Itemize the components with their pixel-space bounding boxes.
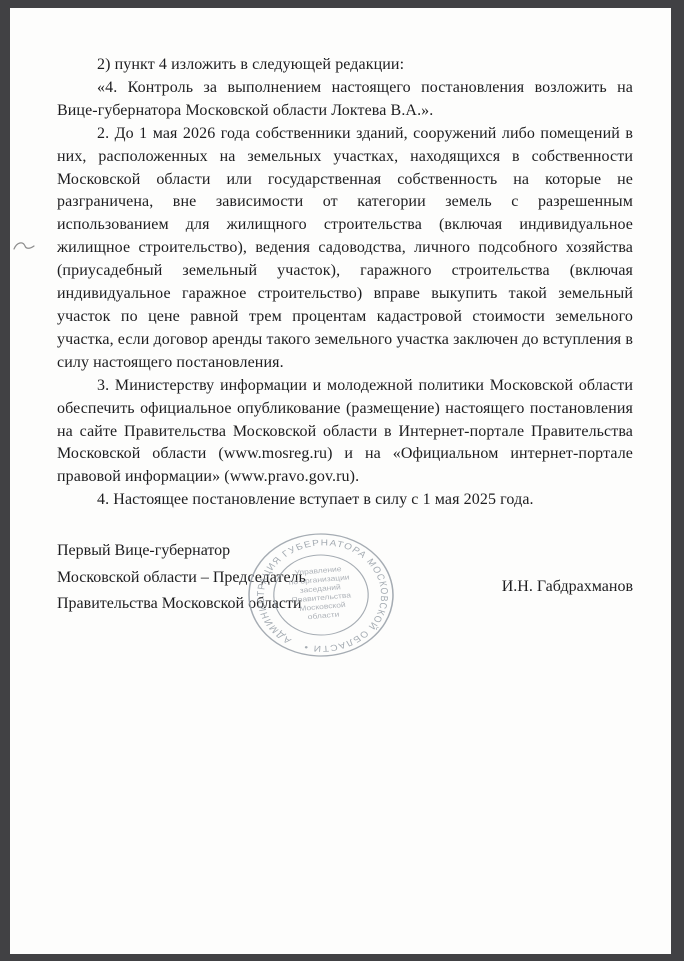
paragraph-land-purchase-clause: 2. До 1 мая 2026 года собственники здани… [57, 123, 633, 375]
signatory-title-line: Первый Вице-губернатор [57, 538, 633, 565]
scanned-page: 2) пункт 4 изложить в следующей редакции… [0, 0, 684, 961]
signature-block: Первый Вице-губернатор Московской област… [57, 538, 633, 618]
paragraph-control-clause: «4. Контроль за выполнением настоящего п… [57, 77, 633, 123]
paragraph-publication-clause: 3. Министерству информации и молодежной … [57, 375, 633, 490]
document-body: 2) пункт 4 изложить в следующей редакции… [57, 54, 633, 512]
signatory-name: И.Н. Габдрахманов [502, 578, 633, 596]
margin-pen-mark [11, 238, 37, 256]
paragraph-effective-date-clause: 4. Настоящее постановление вступает в си… [57, 489, 633, 512]
paragraph-amendment-intro: 2) пункт 4 изложить в следующей редакции… [57, 54, 633, 77]
pen-squiggle [14, 243, 34, 249]
